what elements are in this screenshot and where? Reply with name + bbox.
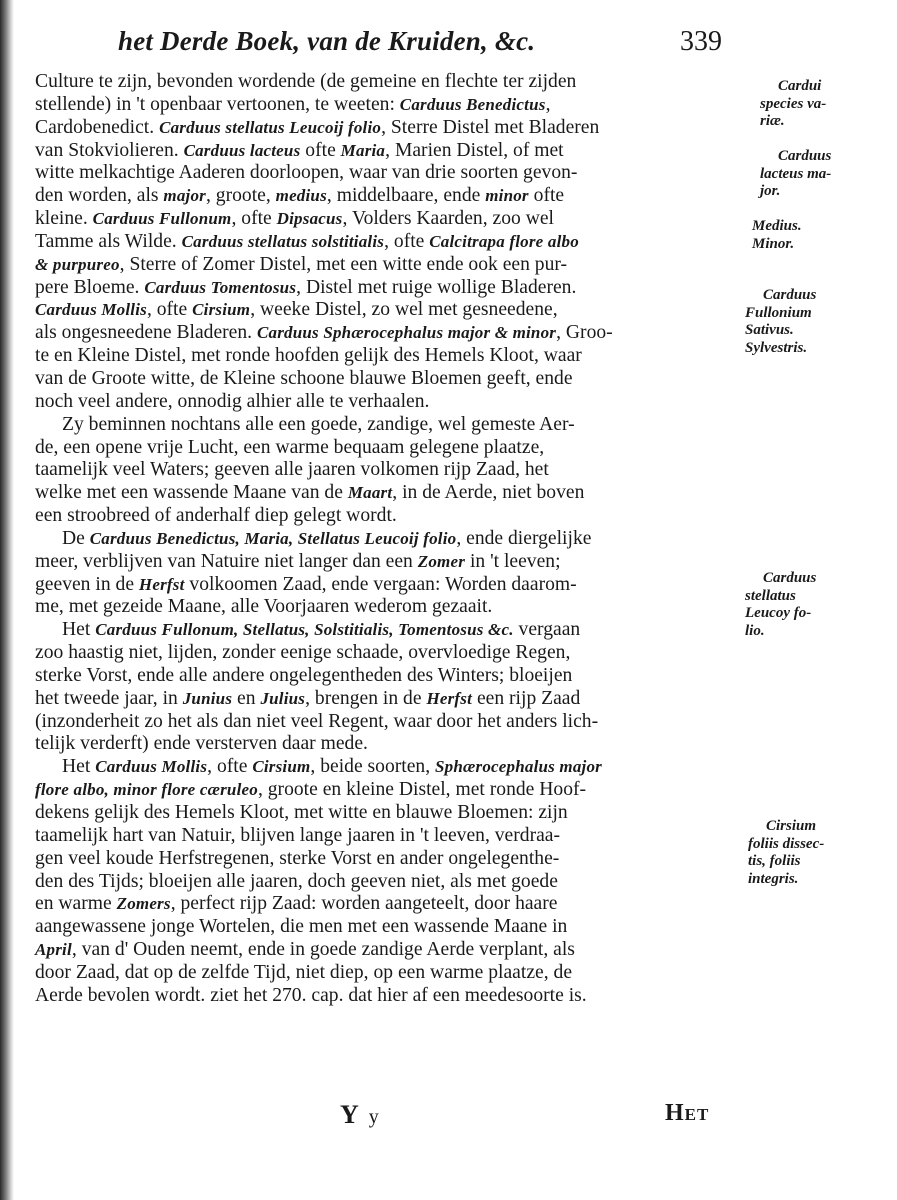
text-line: meer, verblijven van Natuire niet langer…: [35, 551, 755, 574]
latin-term: Calcitrapa flore albo: [429, 232, 579, 251]
text-line: geeven in de Herfst volkoomen Zaad, ende…: [35, 574, 755, 597]
text-line: Cardobenedict. Carduus stellatus Leucoij…: [35, 117, 755, 140]
page-number: 339: [680, 26, 722, 58]
margin-note-line: jor.: [760, 183, 831, 201]
latin-term: Carduus Mollis: [35, 300, 147, 319]
latin-term: Carduus Fullonum: [93, 209, 232, 228]
text-run: den des Tijds; bloeijen alle jaaren, doc…: [35, 871, 558, 892]
latin-term: Junius: [183, 689, 232, 708]
text-line: als ongesneedene Bladeren. Carduus Sphær…: [35, 322, 755, 345]
text-run: Zy beminnen nochtans alle een goede, zan…: [62, 414, 575, 435]
text-run: , in de Aerde, niet boven: [392, 482, 584, 503]
latin-term: Herfst: [426, 689, 472, 708]
text-line: noch veel andere, onnodig alhier alle te…: [35, 391, 755, 414]
text-line: van de Groote witte, de Kleine schoone b…: [35, 368, 755, 391]
text-line: Zy beminnen nochtans alle een goede, zan…: [35, 414, 755, 437]
text-run: taamelijk veel Waters; geeven alle jaare…: [35, 459, 549, 480]
margin-note-line: Minor.: [752, 236, 802, 254]
text-line: taamelijk hart van Natuir, blijven lange…: [35, 825, 755, 848]
running-head: het Derde Boek, van de Kruiden, &c. 339: [118, 26, 758, 66]
text-line: den worden, als major, groote, medius, m…: [35, 185, 755, 208]
latin-term: Carduus Benedictus, Maria, Stellatus Leu…: [90, 529, 457, 548]
text-run: , Distel met ruige wollige Bladeren.: [296, 277, 576, 298]
signature-letter: Y: [340, 1100, 359, 1129]
text-run: , perfect rijp Zaad: worden aangeteelt, …: [171, 893, 558, 914]
text-line: zoo haastig niet, lijden, zonder eenige …: [35, 642, 755, 665]
text-line: De Carduus Benedictus, Maria, Stellatus …: [35, 528, 755, 551]
text-run: volkoomen Zaad, ende vergaan: Worden daa…: [185, 574, 577, 595]
margin-note-line: Cardui: [760, 78, 826, 96]
text-run: , Groo-: [556, 322, 613, 343]
margin-note: CarduusstellatusLeucoy fo-lio.: [745, 570, 816, 640]
text-run: noch veel andere, onnodig alhier alle te…: [35, 391, 429, 412]
binding-gutter-shadow: [0, 0, 14, 1200]
text-line: van Stokviolieren. Carduus lacteus ofte …: [35, 140, 755, 163]
text-run: een stroobreed of anderhalf diep gelegt …: [35, 505, 397, 526]
text-run: zoo haastig niet, lijden, zonder eenige …: [35, 642, 570, 663]
text-line: de, een opene vrije Lucht, een warme beq…: [35, 437, 755, 460]
text-run: en: [232, 688, 260, 709]
latin-term: Zomer: [418, 552, 465, 571]
margin-note-line: stellatus: [745, 588, 816, 606]
text-run: , ofte: [147, 299, 192, 320]
catchword-rest: ET: [685, 1105, 710, 1124]
text-run: me, met gezeide Maane, alle Voorjaaren w…: [35, 596, 492, 617]
text-run: , middelbaare, ende: [327, 185, 485, 206]
text-run: witte melkachtige Aaderen doorloopen, wa…: [35, 162, 577, 183]
text-run: , ofte: [207, 756, 252, 777]
text-run: , ofte: [231, 208, 276, 229]
latin-term: medius: [276, 186, 327, 205]
text-run: , ende diergelijke: [456, 528, 591, 549]
margin-note: Carduuslacteus ma-jor.: [760, 148, 831, 201]
margin-note-line: riæ.: [760, 113, 826, 131]
text-run: vergaan: [514, 619, 581, 640]
text-run: een rijp Zaad: [472, 688, 580, 709]
text-run: Het: [62, 756, 95, 777]
latin-term: minor: [485, 186, 529, 205]
signature-letter-small: y: [369, 1106, 379, 1128]
text-run: , brengen in de: [305, 688, 426, 709]
text-line: sterke Vorst, ende alle andere ongelegen…: [35, 665, 755, 688]
text-run: , Sterre of Zomer Distel, met een witte …: [120, 254, 567, 275]
margin-note-line: lio.: [745, 623, 816, 641]
margin-note-line: Leucoy fo-: [745, 605, 816, 623]
text-run: de, een opene vrije Lucht, een warme beq…: [35, 437, 544, 458]
text-run: het tweede jaar, in: [35, 688, 183, 709]
text-run: , beide soorten,: [310, 756, 435, 777]
latin-term: Sphærocephalus major: [435, 757, 602, 776]
latin-term: Herfst: [139, 575, 185, 594]
text-run: van Stokviolieren.: [35, 140, 184, 161]
text-run: te en Kleine Distel, met ronde hoofden g…: [35, 345, 582, 366]
text-run: De: [62, 528, 90, 549]
text-run: telijk verderft) ende versterven daar me…: [35, 733, 368, 754]
text-run: , van d' Ouden neemt, ende in goede zand…: [72, 939, 575, 960]
text-run: den worden, als: [35, 185, 163, 206]
margin-note-line: Carduus: [745, 287, 816, 305]
text-run: gen veel koude Herfstregenen, sterke Vor…: [35, 848, 559, 869]
text-line: telijk verderft) ende versterven daar me…: [35, 733, 755, 756]
latin-term: Carduus lacteus: [184, 141, 301, 160]
text-line: dekens gelijk des Hemels Kloot, met witt…: [35, 802, 755, 825]
latin-term: & purpureo: [35, 255, 120, 274]
latin-term: Carduus Benedictus: [400, 95, 546, 114]
text-line: aangewassene jonge Wortelen, die men met…: [35, 916, 755, 939]
text-run: Culture te zijn, bevonden wordende (de g…: [35, 71, 576, 92]
latin-term: Zomers: [117, 894, 171, 913]
margin-note: CarduusFulloniumSativus.Sylvestris.: [745, 287, 816, 357]
text-run: in 't leeven;: [465, 551, 560, 572]
margin-note-line: Sativus.: [745, 322, 816, 340]
latin-term: flore albo, minor flore cæruleo: [35, 780, 258, 799]
text-run: dekens gelijk des Hemels Kloot, met witt…: [35, 802, 568, 823]
latin-term: Carduus Tomentosus: [144, 278, 296, 297]
text-line: witte melkachtige Aaderen doorloopen, wa…: [35, 162, 755, 185]
text-line: Aerde bevolen wordt. ziet het 270. cap. …: [35, 985, 755, 1008]
text-line: taamelijk veel Waters; geeven alle jaare…: [35, 459, 755, 482]
catchword: HET: [665, 1100, 709, 1127]
latin-term: Cirsium: [252, 757, 310, 776]
text-line: April, van d' Ouden neemt, ende in goede…: [35, 939, 755, 962]
text-run: (inzonderheit zo het als dan niet veel R…: [35, 711, 598, 732]
text-run: welke met een wassende Maane van de: [35, 482, 348, 503]
text-line: gen veel koude Herfstregenen, sterke Vor…: [35, 848, 755, 871]
text-run: , Marien Distel, of met: [385, 140, 563, 161]
margin-note-line: Cirsium: [748, 818, 824, 836]
text-run: ofte: [300, 140, 340, 161]
text-line: & purpureo, Sterre of Zomer Distel, met …: [35, 254, 755, 277]
text-line: kleine. Carduus Fullonum, ofte Dipsacus,…: [35, 208, 755, 231]
text-run: Tamme als Wilde.: [35, 231, 182, 252]
text-line: en warme Zomers, perfect rijp Zaad: word…: [35, 893, 755, 916]
catchword-initial: H: [665, 1100, 685, 1126]
text-line: Tamme als Wilde. Carduus stellatus solst…: [35, 231, 755, 254]
margin-note-line: integris.: [748, 871, 824, 889]
text-line: den des Tijds; bloeijen alle jaaren, doc…: [35, 871, 755, 894]
text-run: Het: [62, 619, 95, 640]
latin-term: Carduus Sphærocephalus major & minor: [257, 323, 556, 342]
latin-term: Dipsacus: [277, 209, 343, 228]
text-run: pere Bloeme.: [35, 277, 144, 298]
margin-note: Cirsiumfoliis dissec-tis, foliisintegris…: [748, 818, 824, 888]
text-line: stellende) in 't openbaar vertoonen, te …: [35, 94, 755, 117]
text-run: Cardobenedict.: [35, 117, 159, 138]
latin-term: Maria: [341, 141, 385, 160]
text-run: aangewassene jonge Wortelen, die men met…: [35, 916, 567, 937]
text-line: Het Carduus Mollis, ofte Cirsium, beide …: [35, 756, 755, 779]
page-footer: Yy HET: [340, 1100, 790, 1140]
text-run: , Volders Kaarden, zoo wel: [343, 208, 554, 229]
latin-term: major: [163, 186, 206, 205]
latin-term: Julius: [260, 689, 305, 708]
text-run: als ongesneedene Bladeren.: [35, 322, 257, 343]
running-head-title: het Derde Boek, van de Kruiden, &c.: [118, 26, 535, 57]
text-run: meer, verblijven van Natuire niet langer…: [35, 551, 418, 572]
text-run: , ofte: [384, 231, 429, 252]
latin-term: Carduus stellatus solstitialis: [182, 232, 385, 251]
text-run: ,: [546, 94, 551, 115]
text-run: Aerde bevolen wordt. ziet het 270. cap. …: [35, 985, 587, 1006]
margin-note-line: Fullonium: [745, 305, 816, 323]
latin-term: April: [35, 940, 72, 959]
margin-note-line: tis, foliis: [748, 853, 824, 871]
text-run: stellende) in 't openbaar vertoonen, te …: [35, 94, 400, 115]
text-line: Carduus Mollis, ofte Cirsium, weeke Dist…: [35, 299, 755, 322]
text-run: , weeke Distel, zo wel met gesneedene,: [250, 299, 557, 320]
margin-note-line: foliis dissec-: [748, 836, 824, 854]
text-line: te en Kleine Distel, met ronde hoofden g…: [35, 345, 755, 368]
margin-note: Medius.Minor.: [752, 218, 802, 253]
text-run: van de Groote witte, de Kleine schoone b…: [35, 368, 573, 389]
margin-note-line: Sylvestris.: [745, 340, 816, 358]
text-line: (inzonderheit zo het als dan niet veel R…: [35, 711, 755, 734]
margin-note-line: Carduus: [760, 148, 831, 166]
text-run: en warme: [35, 893, 117, 914]
latin-term: Carduus stellatus Leucoij folio: [159, 118, 381, 137]
text-line: welke met een wassende Maane van de Maar…: [35, 482, 755, 505]
signature-mark: Yy: [340, 1100, 379, 1130]
text-run: , groote en kleine Distel, met ronde Hoo…: [258, 779, 586, 800]
text-run: door Zaad, dat op de zelfde Tijd, niet d…: [35, 962, 572, 983]
text-line: pere Bloeme. Carduus Tomentosus, Distel …: [35, 277, 755, 300]
text-run: geeven in de: [35, 574, 139, 595]
main-text-block: Culture te zijn, bevonden wordende (de g…: [35, 71, 755, 1008]
text-line: een stroobreed of anderhalf diep gelegt …: [35, 505, 755, 528]
text-line: Het Carduus Fullonum, Stellatus, Solstit…: [35, 619, 755, 642]
text-run: sterke Vorst, ende alle andere ongelegen…: [35, 665, 572, 686]
text-run: kleine.: [35, 208, 93, 229]
text-run: , Sterre Distel met Bladeren: [381, 117, 599, 138]
text-run: taamelijk hart van Natuir, blijven lange…: [35, 825, 560, 846]
margin-note-line: species va-: [760, 96, 826, 114]
latin-term: Maart: [348, 483, 392, 502]
text-run: , groote,: [206, 185, 276, 206]
margin-note: Carduispecies va-riæ.: [760, 78, 826, 131]
latin-term: Carduus Mollis: [95, 757, 207, 776]
margin-note-line: Carduus: [745, 570, 816, 588]
text-line: het tweede jaar, in Junius en Julius, br…: [35, 688, 755, 711]
latin-term: Carduus Fullonum, Stellatus, Solstitiali…: [95, 620, 513, 639]
text-line: Culture te zijn, bevonden wordende (de g…: [35, 71, 755, 94]
text-line: door Zaad, dat op de zelfde Tijd, niet d…: [35, 962, 755, 985]
text-run: ofte: [529, 185, 564, 206]
margin-note-line: Medius.: [752, 218, 802, 236]
text-line: flore albo, minor flore cæruleo, groote …: [35, 779, 755, 802]
margin-note-line: lacteus ma-: [760, 166, 831, 184]
text-line: me, met gezeide Maane, alle Voorjaaren w…: [35, 596, 755, 619]
latin-term: Cirsium: [192, 300, 250, 319]
